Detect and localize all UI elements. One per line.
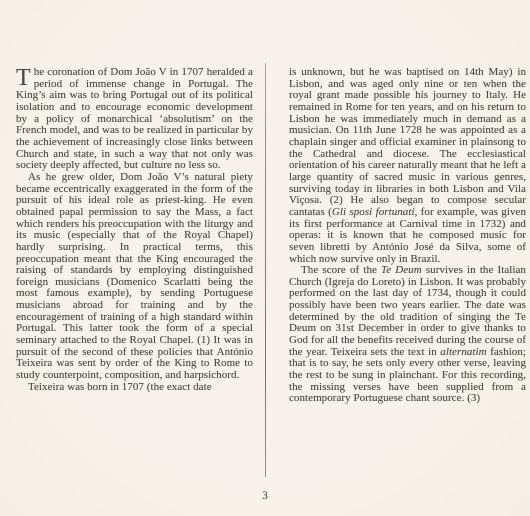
page-number: 3	[0, 490, 530, 502]
paragraph: The score of the Te Deum survives in the…	[289, 265, 526, 405]
right-text-column: is unknown, but he was baptised on 14th …	[289, 67, 526, 405]
italic-text-segment: alternatim	[440, 346, 486, 358]
text-segment: Teixeira was born in 1707 (the exact dat…	[28, 381, 212, 393]
text-segment: The score of the	[301, 264, 381, 276]
italic-text-segment: Gli sposi fortunati	[332, 206, 415, 218]
italic-text-segment: Te Deum	[381, 264, 422, 276]
text-segment: As he grew older, Dom João V’s natural p…	[16, 171, 253, 381]
paragraph: The coronation of Dom João V in 1707 her…	[16, 67, 253, 172]
text-segment: survives in the Italian Church (Igreja d…	[289, 264, 526, 358]
booklet-page: The coronation of Dom João V in 1707 her…	[0, 0, 530, 516]
text-segment: is unknown, but he was baptised on 14th …	[289, 66, 526, 218]
paragraph: Teixeira was born in 1707 (the exact dat…	[16, 382, 253, 394]
paragraph: is unknown, but he was baptised on 14th …	[289, 67, 526, 265]
text-segment: he coronation of Dom João V in 1707 hera…	[16, 66, 253, 171]
left-text-column: The coronation of Dom João V in 1707 her…	[16, 67, 253, 393]
paragraph: As he grew older, Dom João V’s natural p…	[16, 172, 253, 382]
column-divider-rule	[265, 63, 266, 477]
drop-cap: T	[16, 67, 34, 88]
